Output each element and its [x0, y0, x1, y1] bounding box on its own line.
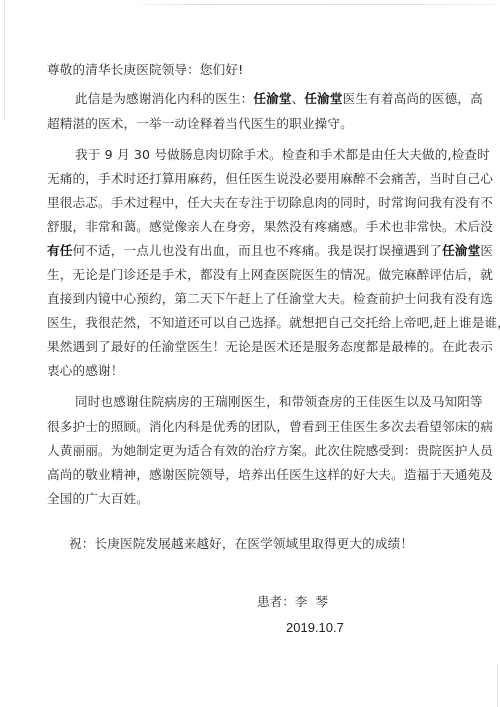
salutation: 尊敬的清华长庚医院领导：您们好!: [47, 62, 452, 78]
doctor-name-bold: 任渝堂: [253, 91, 291, 106]
paragraph-3-line-3: 人黄丽丽。为她制定更为适合有效的治疗方案。此次住院感受到：贵院医护人员: [47, 443, 452, 459]
paragraph-2-line-9: 果然遇到了最好的任渝堂医生！无论是医术还是服务态度都是最棒的。在此表示: [47, 339, 452, 355]
paragraph-2-line-4: 舒服，非常和蔼。感觉像亲人在身旁，果然没有疼痛感。手术也非常快。术后没: [47, 219, 452, 235]
text-segment: 医: [480, 243, 493, 258]
paragraph-3-line-2: 很多护士的照顾。消化内科是优秀的团队，曾看到王佳医生多次去看望邻床的病: [47, 419, 452, 435]
text-segment: 何不适，一点儿也没有出血，而且也不疼痛。我是误打误撞遇到了: [73, 243, 443, 258]
signature: 患者：李 琴: [257, 594, 328, 610]
letter-date: 2019.10.7: [286, 620, 344, 636]
text-segment: 此信是为感谢消化内科的医生：: [75, 91, 253, 106]
paragraph-2-line-8: 医生，我很茫然，不知道还可以自己选择。就想把自己交托给上帝吧,赶上谁是谁，: [47, 315, 452, 331]
scan-edge-top: [130, 4, 495, 5]
signature-label: 患者：: [257, 594, 295, 609]
paragraph-3-line-1: 同时也感谢住院病房的王瑞刚医生，和带领查房的王佳医生以及马知阳等: [75, 394, 452, 410]
scan-edge-right: [497, 665, 498, 707]
scan-edge-left: [4, 0, 5, 120]
closing-wishes: 祝：长庚医院发展越来越好，在医学领域里取得更大的成绩！: [69, 536, 474, 552]
doctor-name-bold: 任渝堂: [442, 243, 480, 258]
signature-name: 李 琴: [295, 594, 328, 609]
paragraph-2-line-1: 我于 9 月 30 号做肠息肉切除手术。检查和手术都是由任大夫做的,检查时: [75, 147, 452, 163]
text-segment: 、: [292, 91, 305, 106]
paragraph-2-line-3: 里很忐忑。手术过程中，任大夫在专注于切除息肉的同时，时常询问我有没有不: [47, 195, 452, 211]
paragraph-2-line-5: 有任何不适，一点儿也没有出血，而且也不疼痛。我是误打误撞遇到了任渝堂医: [47, 243, 452, 259]
paragraph-2-line-10: 衷心的感谢！: [47, 363, 452, 379]
paragraph-3-line-5: 全国的广大百姓。: [47, 491, 452, 507]
text-segment: 医生有着高尚的医德，高: [343, 91, 483, 106]
paragraph-2-line-2: 无痛的，手术时还打算用麻药，但任医生说没必要用麻醉不会痛苦，当时自己心: [47, 171, 452, 187]
text-bold: 有任: [47, 243, 73, 258]
paragraph-3-line-4: 高尚的敬业精神，感谢医院领导，培养出任医生这样的好大夫。造福于天通苑及: [47, 467, 452, 483]
doctor-name-bold: 任渝堂: [304, 91, 342, 106]
paragraph-1-line-2: 超精湛的医术，一举一动诠释着当代医生的职业操守。: [47, 116, 452, 132]
paragraph-2-line-6: 生，无论是门诊还是手术，都没有上网查医院医生的情况。做完麻醉评估后，就: [47, 267, 452, 283]
paragraph-2-line-7: 直接到内镜中心预约，第二天下午赶上了任渝堂大夫。检查前护士问我有没有选: [47, 291, 452, 307]
paragraph-1-line-1: 此信是为感谢消化内科的医生：任渝堂、任渝堂医生有着高尚的医德，高: [75, 91, 452, 107]
